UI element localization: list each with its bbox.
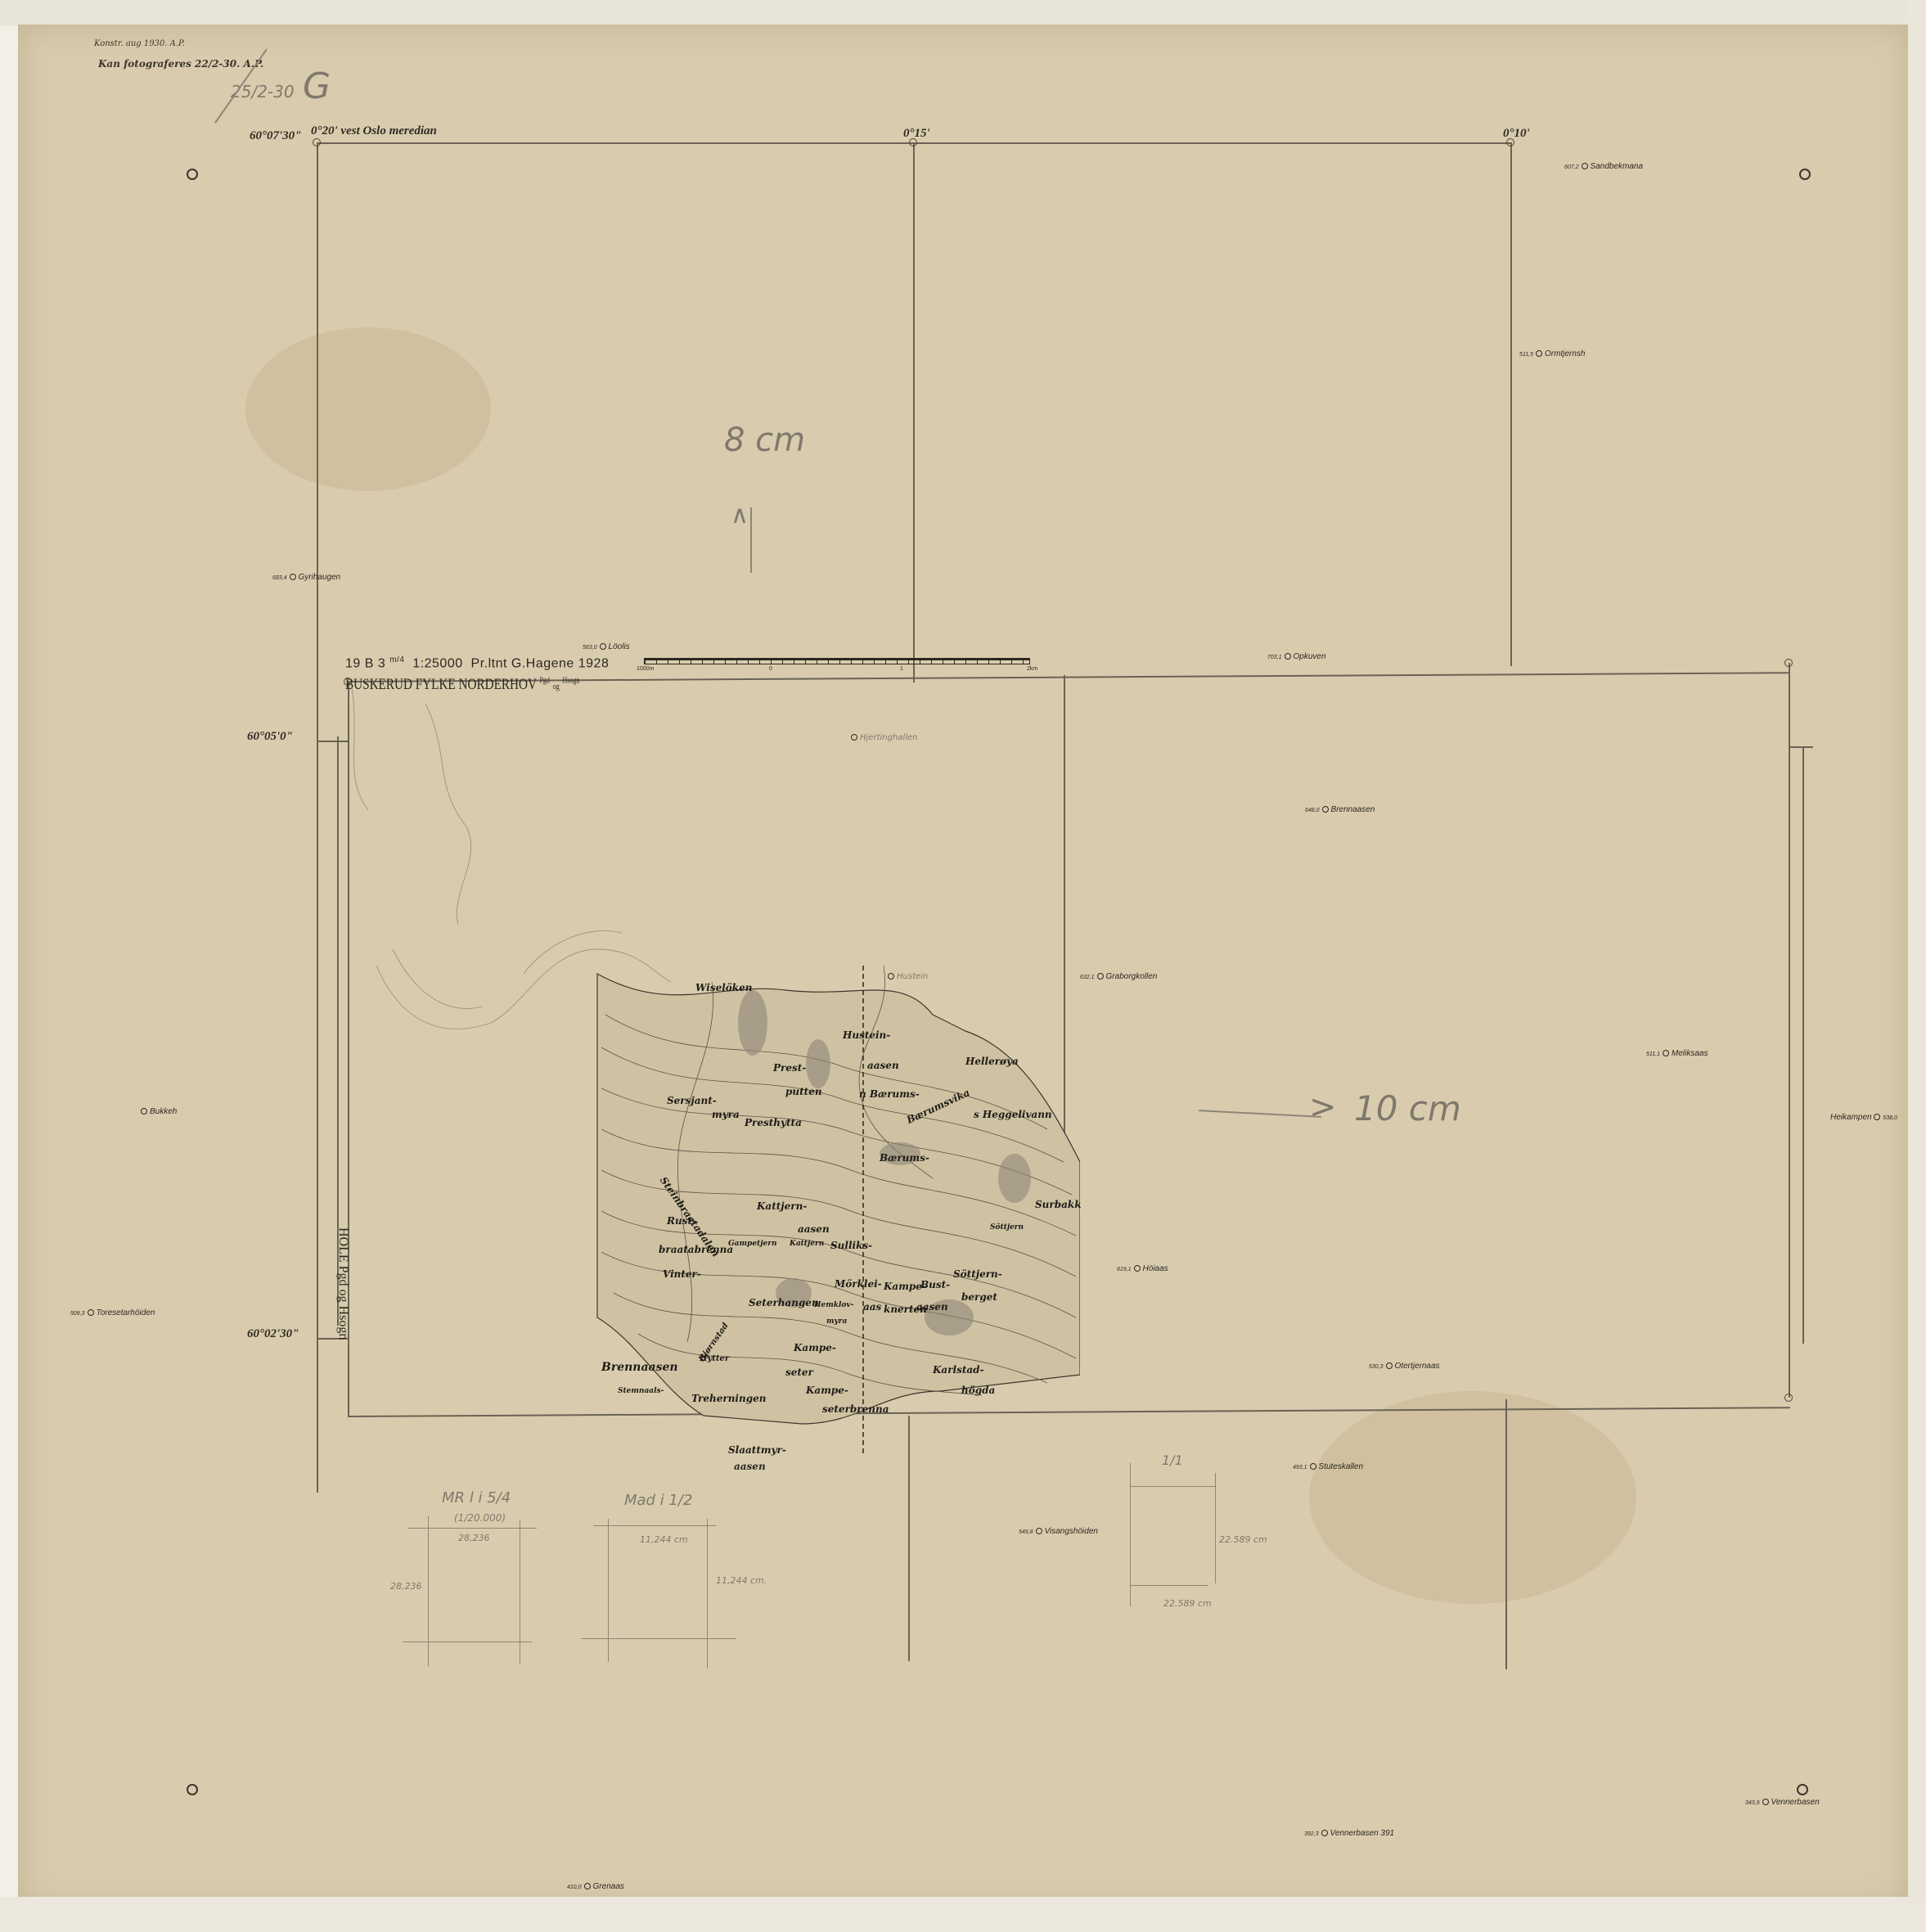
topo-label: Kattjern xyxy=(790,1240,824,1248)
topo-label: n Bærums- xyxy=(859,1088,920,1100)
topo-label: Wiselöken xyxy=(695,982,752,993)
topo-label: Söttjern- xyxy=(953,1268,1002,1280)
box1-title: MR l i 5/4 xyxy=(442,1489,511,1506)
survey-marker-icon xyxy=(1799,169,1811,180)
place-label: 683,4Gyrihaugen xyxy=(272,573,340,582)
place-label: 549,8Visangshöiden xyxy=(1019,1527,1098,1536)
place-label: 511,1Meliksaas xyxy=(1646,1049,1708,1058)
box2-bottom-line xyxy=(581,1638,736,1639)
scale-label-left: 1000m xyxy=(637,666,654,672)
topo-label: Gampetjern xyxy=(728,1240,776,1248)
place-label: 392,3Vennerbasen 391 xyxy=(1304,1829,1394,1838)
topo-label: putten xyxy=(785,1086,822,1097)
box3-title: 1/1 xyxy=(1162,1452,1183,1468)
place-label: Heikampen 538,0 xyxy=(1830,1113,1900,1122)
sheet-sub: m/4 xyxy=(389,655,404,664)
place-label: 703,1Opkuven xyxy=(1267,652,1326,661)
paper-stain xyxy=(1309,1391,1636,1604)
topo-label: Vinter- xyxy=(663,1268,701,1280)
box2-title: Mad i 1/2 xyxy=(624,1492,692,1509)
place-label: 410,0Grenaas xyxy=(567,1882,624,1891)
box3-bottom-line xyxy=(1131,1585,1208,1586)
topo-label: aasen xyxy=(916,1301,948,1313)
map-scale: 1:25000 xyxy=(412,656,462,670)
pencil-sketch-contours xyxy=(327,679,671,1064)
topo-label: Sulliks- xyxy=(830,1240,872,1251)
place-label: 563,0Löolis xyxy=(583,642,630,651)
note-photograph: Kan fotograferes 22/2-30. A.P. xyxy=(98,58,263,70)
topo-label: aas xyxy=(863,1301,881,1313)
box1-subtitle: (1/20.000) xyxy=(454,1512,506,1524)
box3-top-line xyxy=(1130,1486,1216,1487)
scale-bar xyxy=(644,658,1030,664)
place-label: Bukkeh xyxy=(141,1107,177,1116)
topo-label: seterbrenna xyxy=(822,1403,889,1415)
place-label: 493,1Stuteskallen xyxy=(1293,1462,1363,1471)
topo-label: Bærums- xyxy=(880,1152,929,1164)
box3-side-value: 22.589 cm xyxy=(1219,1534,1267,1545)
topo-label: Hustein- xyxy=(843,1029,890,1041)
place-label: Hjertinghallen xyxy=(851,733,917,742)
topo-label: Hemklov- xyxy=(814,1301,853,1309)
paper-bottom-edge xyxy=(0,1897,1926,1932)
box3-right-line xyxy=(1215,1473,1216,1583)
topo-label: Söttjern xyxy=(990,1223,1024,1232)
place-label: 343,9Vennerbasen xyxy=(1745,1798,1820,1807)
topo-label: aasen xyxy=(734,1461,766,1472)
place-label: 511,5Ormtjernsh xyxy=(1519,349,1585,358)
topo-label: Prest- xyxy=(773,1062,806,1074)
topo-label: Karlstad- xyxy=(933,1364,984,1376)
topo-label: Hellerøya xyxy=(965,1056,1019,1067)
topo-label: myra xyxy=(826,1317,847,1326)
lower-grid-line xyxy=(1505,1399,1507,1669)
frame-corner-marker xyxy=(1784,1394,1793,1402)
topo-label: Sersjant- xyxy=(667,1095,717,1106)
pencil-initials: G xyxy=(303,65,331,107)
topo-label: Bust- xyxy=(920,1279,950,1290)
arrow-up-icon-head: ∧ xyxy=(731,501,749,529)
box1-left-line xyxy=(428,1516,429,1666)
topo-label: Kampe- xyxy=(806,1385,848,1396)
grid-line-left xyxy=(317,142,318,1493)
box2-right-line xyxy=(707,1519,708,1669)
survey-marker-icon xyxy=(1797,1784,1808,1795)
topo-label: Kampe- xyxy=(794,1342,836,1353)
place-label: 607,2Sandbekmana xyxy=(1564,162,1643,171)
pencil-8cm: 8 cm xyxy=(724,421,805,459)
box1-top-line xyxy=(407,1528,537,1529)
lon-left-label: 0°20' vest Oslo meredian xyxy=(311,124,437,138)
topo-label: myra xyxy=(712,1109,740,1120)
scale-label-right: 2km xyxy=(1027,666,1037,672)
topo-label: s Heggelivann xyxy=(974,1109,1052,1120)
box1-top-value: 28,236 xyxy=(458,1533,490,1543)
right-strip-line xyxy=(1802,746,1804,1344)
place-label: 632,1Graborgkollen xyxy=(1080,972,1157,981)
box2-side-value: 11,244 cm. xyxy=(716,1575,767,1586)
topo-label: Surbakk xyxy=(1035,1199,1082,1210)
map-frame-right xyxy=(1789,663,1790,1398)
place-label: 619,1Höiaas xyxy=(1117,1264,1168,1273)
topo-label: Hytter xyxy=(700,1354,729,1363)
lat-mid-label: 60°05'0" xyxy=(247,730,293,744)
topo-label: Slaattmyr- xyxy=(728,1444,786,1456)
arrow-right-icon-head: > xyxy=(1309,1088,1337,1126)
arrow-up-icon xyxy=(750,507,752,573)
place-label: 648,0Brennaasen xyxy=(1305,805,1375,814)
scale-label-zero: 0 xyxy=(769,666,772,672)
topo-label: Treherningen xyxy=(691,1393,766,1404)
lat-top-label: 60°07'30" xyxy=(250,129,302,143)
topo-label: Seterhangen xyxy=(749,1297,819,1308)
survey-marker-icon xyxy=(187,169,198,180)
lon-mid-label: 0°15' xyxy=(903,127,930,141)
topo-label: braatabrenna xyxy=(659,1244,733,1255)
frame-corner-marker xyxy=(1784,659,1793,667)
topo-label: Stemnaals- xyxy=(618,1387,664,1395)
grid-corner-marker xyxy=(909,138,917,146)
box1-side-value: 28,236 xyxy=(390,1581,422,1592)
box1-bottom-line xyxy=(403,1642,532,1642)
topo-label: högda xyxy=(961,1385,995,1396)
grid-corner-marker xyxy=(1506,138,1514,146)
box2-top-line xyxy=(593,1525,716,1526)
topo-label: aasen xyxy=(867,1060,899,1071)
scale-label-one: 1 xyxy=(900,666,903,672)
survey-marker-icon xyxy=(187,1784,198,1795)
sheet-id: 19 B 3 xyxy=(345,656,385,670)
topo-label: Brennaasen xyxy=(601,1361,678,1374)
topo-label: berget xyxy=(961,1291,997,1303)
paper-stain xyxy=(245,327,491,491)
place-label: 530,3Otertjernaas xyxy=(1369,1362,1440,1371)
note-construction: Konstr. aug 1930. A.P. xyxy=(94,39,185,48)
topo-label: Presthytta xyxy=(745,1117,802,1128)
side-region-label: HOLE Pgd og Hsogn xyxy=(335,1227,350,1340)
topo-label: Kattjern- xyxy=(757,1200,807,1212)
grid-corner-marker xyxy=(313,138,321,146)
box2-left-line xyxy=(608,1519,609,1662)
topo-label: Mörklei- xyxy=(835,1278,882,1290)
paper-top-edge xyxy=(0,0,1926,26)
sheet-title: 19 B 3 m/4 1:25000 Pr.ltnt G.Hagene 1928 xyxy=(345,655,609,671)
topo-label: Rust- xyxy=(667,1215,696,1227)
lat-low-label: 60°02'30" xyxy=(247,1327,299,1341)
grid-line-right xyxy=(1510,142,1512,666)
box2-top-value: 11,244 cm xyxy=(640,1534,688,1545)
place-label: 509,3Toresetarhöiden xyxy=(70,1308,155,1317)
box3-bottom-value: 22.589 cm xyxy=(1163,1598,1212,1609)
topo-label: aasen xyxy=(798,1223,830,1235)
surveyor: Pr.ltnt G.Hagene 1928 xyxy=(471,656,610,670)
grid-line-mid xyxy=(913,142,915,682)
topo-label: seter xyxy=(785,1367,813,1378)
pencil-10cm: 10 cm xyxy=(1354,1088,1461,1128)
right-tick xyxy=(1789,746,1813,748)
paper-right-edge xyxy=(1906,0,1926,1932)
